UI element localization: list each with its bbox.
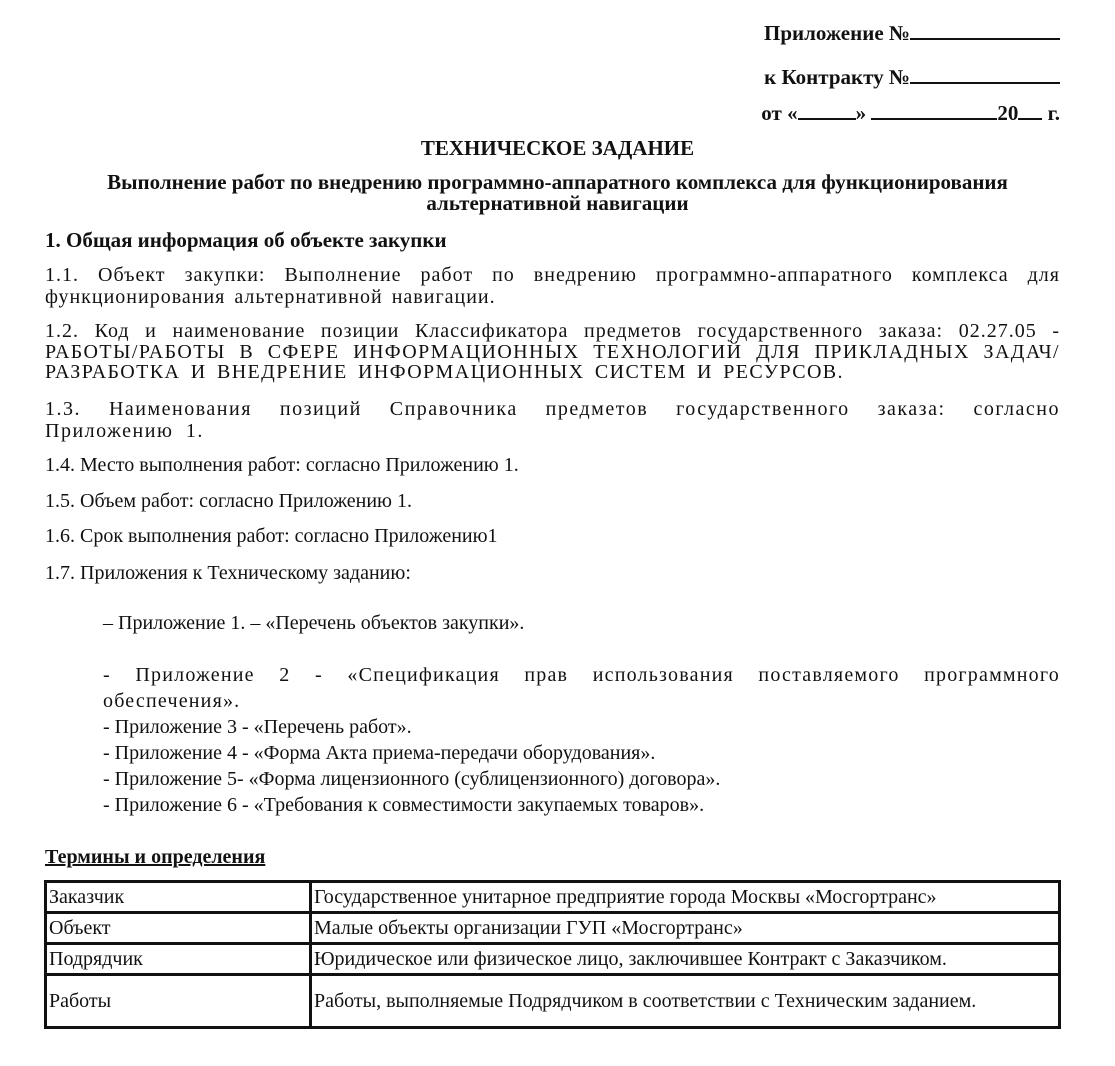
table-row: Заказчик Государственное унитарное предп… <box>46 882 1060 913</box>
table-row: Объект Малые объекты организации ГУП «Мо… <box>46 913 1060 944</box>
item-1-4: 1.4. Место выполнения работ: согласно Пр… <box>45 454 1060 476</box>
document-subtitle: Выполнение работ по внедрению программно… <box>0 172 1115 214</box>
item-1-2: 1.2. Код и наименование позиции Классифи… <box>45 320 1060 382</box>
item-1-2-text: 1.2. Код и наименование позиции Классифи… <box>45 320 1060 342</box>
contract-date-line: от «» 20 г. <box>761 100 1060 126</box>
term-cell: Работы <box>46 975 311 1028</box>
definition-cell: Государственное унитарное предприятие го… <box>311 882 1060 913</box>
appendix-number-blank <box>910 20 1060 40</box>
appendix-list: - Приложение 3 - «Перечень работ». - При… <box>103 714 1060 818</box>
table-row: Подрядчик Юридическое или физическое лиц… <box>46 944 1060 975</box>
year-suffix: г. <box>1048 101 1060 125</box>
terms-table: Заказчик Государственное унитарное предп… <box>44 880 1061 1029</box>
item-1-2-classifier: РАБОТЫ/РАБОТЫ В СФЕРЕ ИНФОРМАЦИОННЫХ ТЕХ… <box>45 342 1060 382</box>
appendix-2: - Приложение 2 - «Спецификация прав испо… <box>103 662 1060 714</box>
item-1-5: 1.5. Объем работ: согласно Приложению 1. <box>45 490 1060 512</box>
term-cell: Подрядчик <box>46 944 311 975</box>
year-blank <box>1018 100 1042 120</box>
item-1-7: 1.7. Приложения к Техническому заданию: <box>45 562 1060 584</box>
document-title: ТЕХНИЧЕСКОЕ ЗАДАНИЕ <box>0 136 1115 161</box>
section-1-heading: 1. Общая информация об объекте закупки <box>45 228 447 253</box>
contract-number-line: к Контракту № <box>764 64 1060 90</box>
appendix-4: - Приложение 4 - «Форма Акта приема-пере… <box>103 740 1060 766</box>
year-prefix: 20 <box>997 101 1018 125</box>
day-blank <box>798 100 856 120</box>
definition-cell: Работы, выполняемые Подрядчиком в соотве… <box>311 975 1060 1028</box>
item-1-3: 1.3. Наименования позиций Справочника пр… <box>45 398 1060 442</box>
term-cell: Заказчик <box>46 882 311 913</box>
terms-heading: Термины и определения <box>45 846 265 869</box>
item-1-6: 1.6. Срок выполнения работ: согласно При… <box>45 525 1060 547</box>
item-1-1: 1.1. Объект закупки: Выполнение работ по… <box>45 264 1060 308</box>
definition-text: Работы, выполняемые Подрядчиком в соотве… <box>314 989 994 1014</box>
definition-cell: Юридическое или физическое лицо, заключи… <box>311 944 1060 975</box>
contract-number-blank <box>910 64 1060 84</box>
subtitle-text: Выполнение работ по внедрению программно… <box>78 172 1038 214</box>
date-mid: » <box>856 101 867 125</box>
appendix-number-line: Приложение № <box>764 20 1060 46</box>
month-blank <box>871 100 997 120</box>
term-cell: Объект <box>46 913 311 944</box>
appendix-label: Приложение № <box>764 21 910 45</box>
date-prefix: от « <box>761 101 797 125</box>
definition-cell: Малые объекты организации ГУП «Мосгортра… <box>311 913 1060 944</box>
appendix-6: - Приложение 6 - «Требования к совместим… <box>103 792 1060 818</box>
table-row: Работы Работы, выполняемые Подрядчиком в… <box>46 975 1060 1028</box>
appendix-3: - Приложение 3 - «Перечень работ». <box>103 714 1060 740</box>
appendix-5: - Приложение 5- «Форма лицензионного (су… <box>103 766 1060 792</box>
appendix-1: – Приложение 1. – «Перечень объектов зак… <box>103 610 1060 636</box>
contract-label: к Контракту № <box>764 65 910 89</box>
